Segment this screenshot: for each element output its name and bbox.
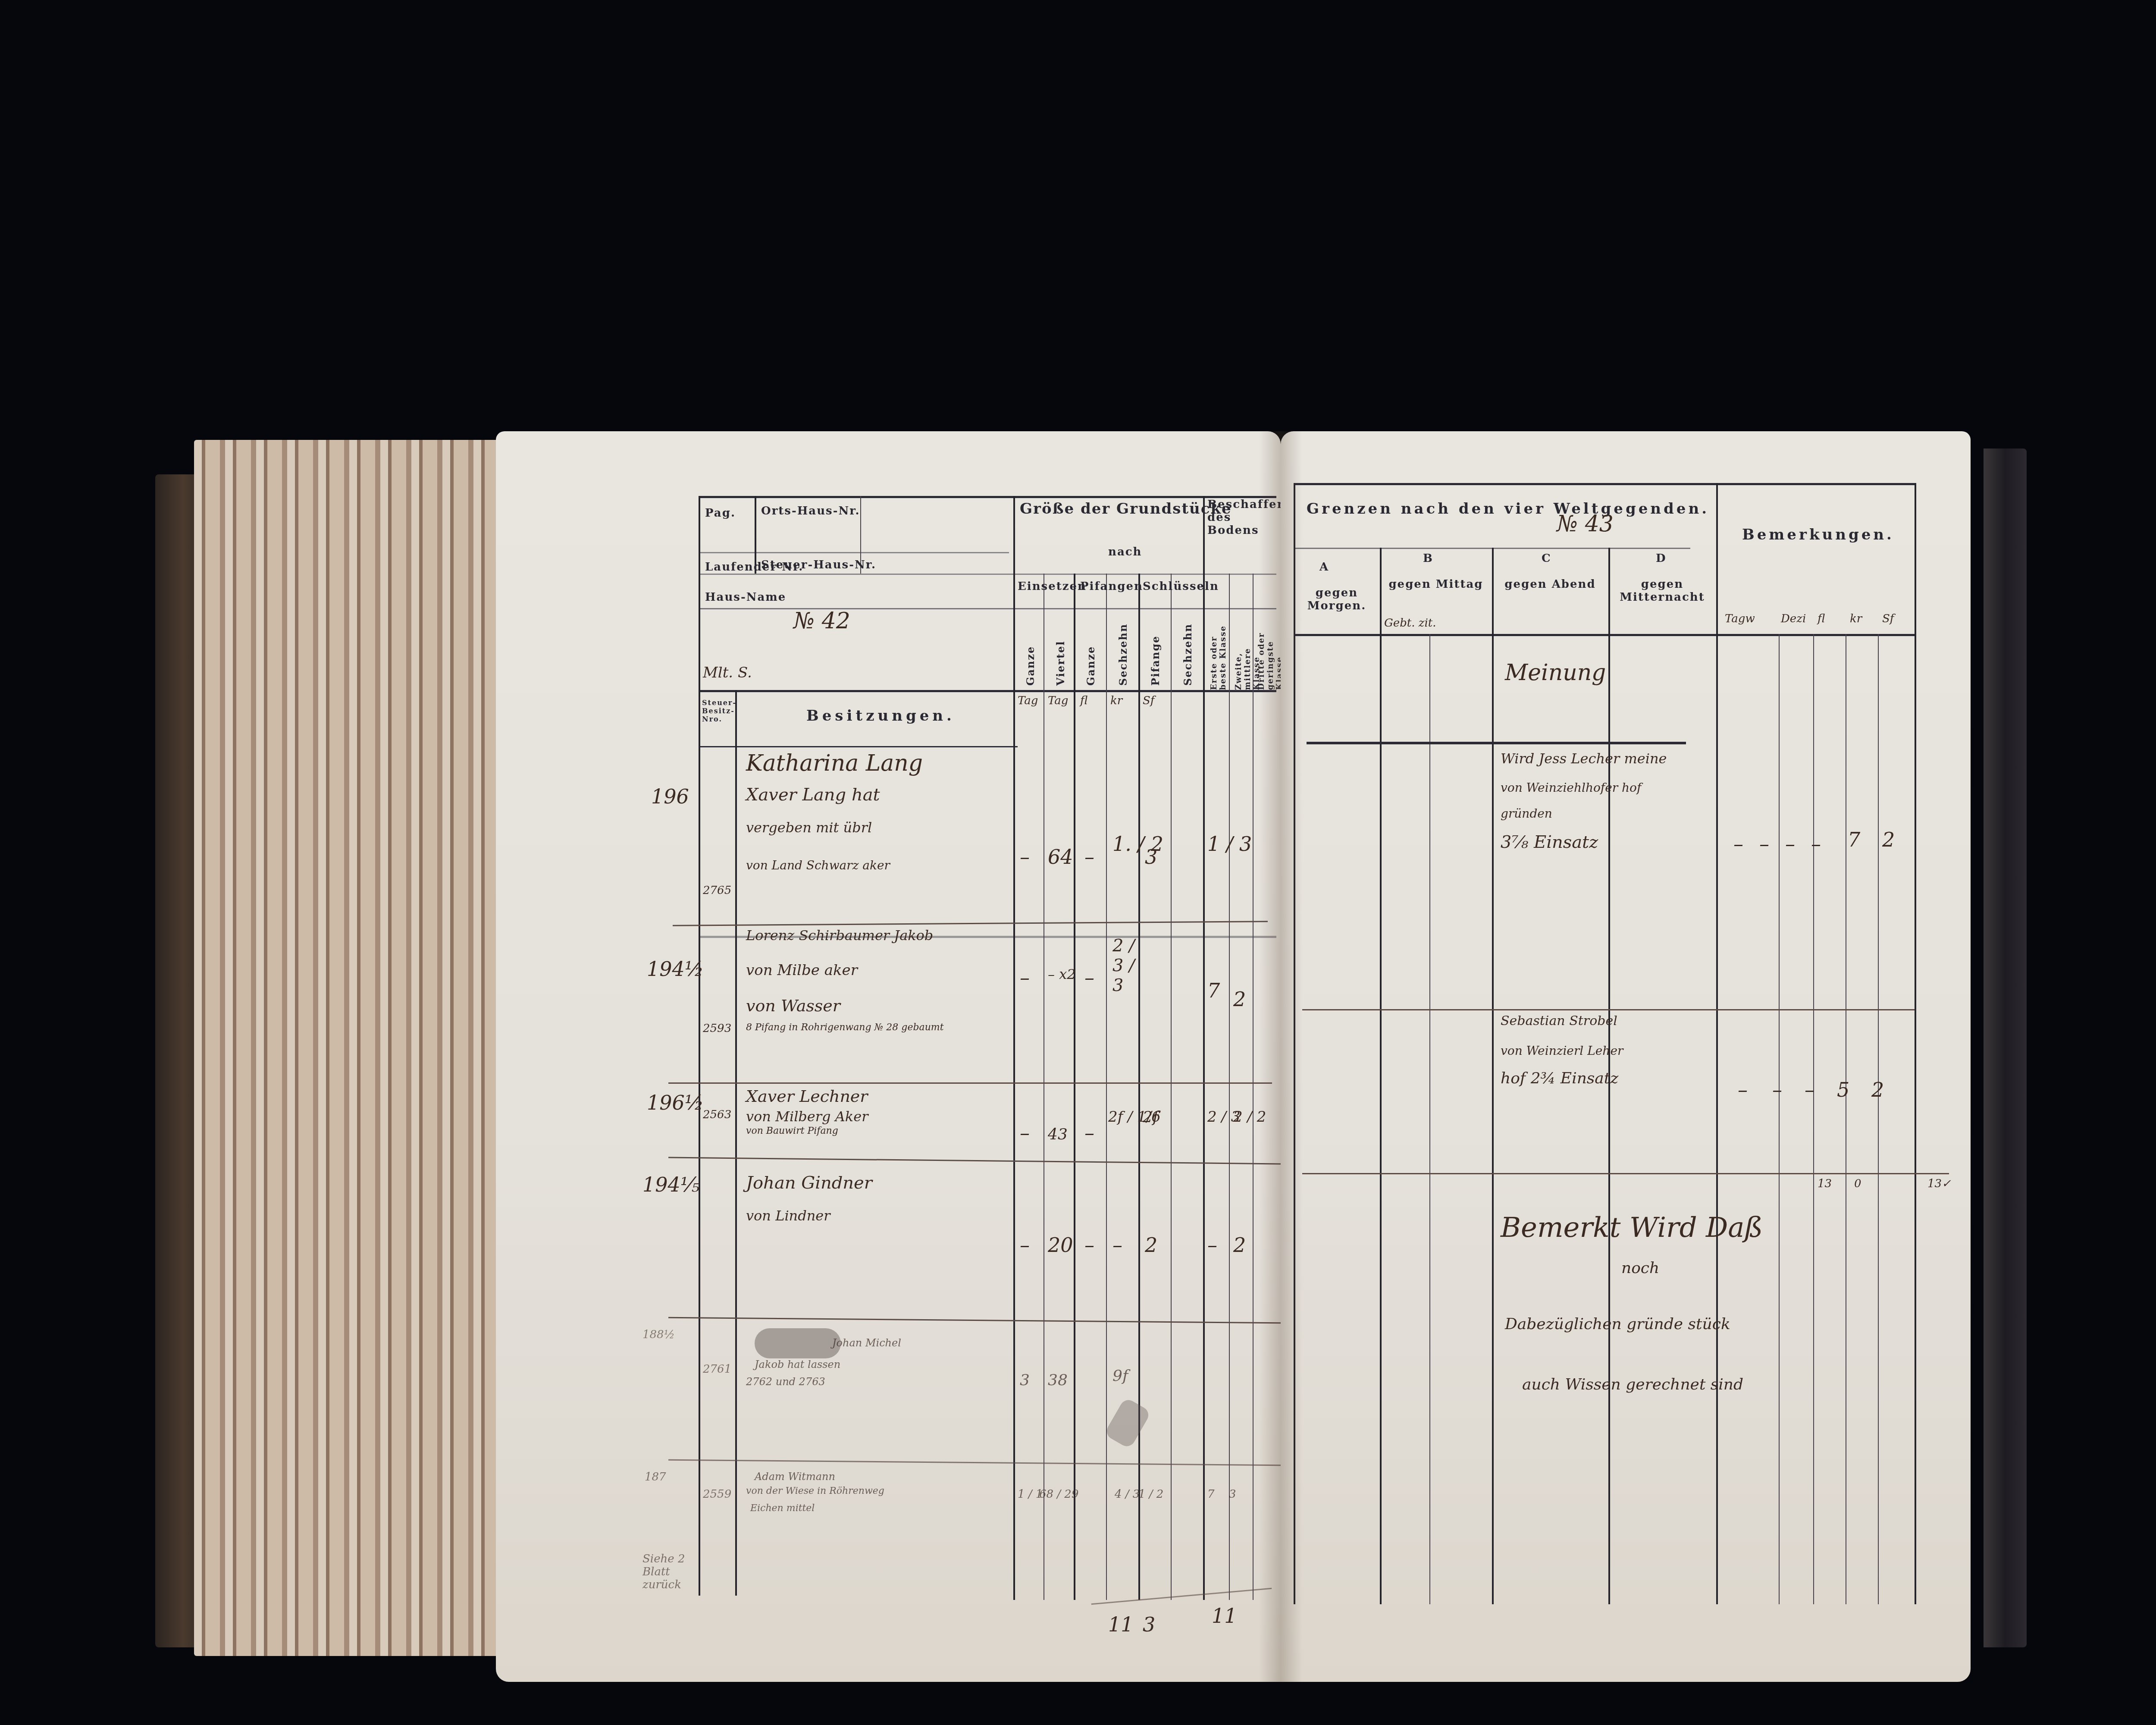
col-rule [1044,574,1044,1600]
sub-col-sechzehn: Sechzehn [1117,621,1129,686]
entry-line: von Milberg Aker [746,1108,868,1125]
value: – [1811,832,1821,856]
unit-tagw: Tagw [1725,612,1755,625]
nach-label: nach [1108,546,1142,558]
value: 7 [1848,828,1860,851]
value: 38 [1048,1371,1068,1389]
direction-letter-d: D [1656,552,1667,565]
unit-fl: fl [1080,694,1087,707]
col-rule [1813,634,1814,1604]
entry-line: von Lindner [746,1207,830,1224]
value: – [1785,832,1795,856]
rule [699,608,1276,609]
right-page: Grenzen nach den vier Weltgegenden. № 43… [1281,431,1971,1682]
value: 2 / 3 / 3 [1112,936,1138,995]
header-top-rule [1294,483,1915,485]
entry-line: 3⅞ Einsatz [1501,832,1598,852]
groesse-title: Größe der Grundstücke [1020,500,1232,517]
unit-kr: kr [1110,694,1122,707]
total-rule [1091,1588,1272,1605]
value: – [1084,845,1094,869]
value: 1 / 2 [1138,1488,1163,1501]
entry-line: Xaver Lang hat [746,785,880,805]
margin-number: 194½ [647,957,704,981]
schluesseln-label: Schlüsseln [1143,580,1219,593]
entry-owner-line: Xaver Lechner [746,1087,868,1106]
entry-line: von der Wiese in Röhrenweg [746,1486,884,1496]
entry-line: von Wasser [746,996,840,1015]
margin-number: 194⅕ [642,1173,699,1196]
direction-letter-c: C [1542,552,1551,565]
value: 2 [1882,828,1895,851]
entry-remark-line: noch [1621,1259,1659,1277]
margin-number: 196½ [647,1091,704,1114]
entry-owner-line: Katharina Lang [746,750,923,776]
steuer-number: 2563 [703,1108,731,1121]
entry-line: 8 Pifang in Rohrigenwang № 28 gebaumt [746,1022,944,1033]
entry-line: von Bauwirt Pifang [746,1126,838,1136]
entry-line: Jakob hat lassen [755,1358,840,1371]
col-rule [1429,634,1430,1604]
value: – [1738,1078,1748,1101]
col-rule [1492,548,1494,1604]
entry-remark-line: Dabezüglichen gründe stück [1505,1315,1730,1333]
value: 4 / 3 [1115,1488,1140,1501]
unit-tag-2: Tag [1048,694,1068,707]
entry-divider [668,1459,1281,1466]
haus-name-label: Haus-Name [705,591,786,604]
value: 3 [1229,1488,1236,1501]
col-rule [1380,548,1382,1604]
mittag-note: Gebt. zit. [1384,617,1436,630]
value: – [1020,1121,1030,1145]
header-bottom-rule [699,690,1276,692]
entry-line: gründen [1501,806,1552,821]
bemerkungen-label: Bemerkungen. [1742,526,1894,543]
entry-divider [1302,1173,1949,1174]
value: – [1733,832,1743,856]
value: – [1020,845,1030,869]
col-rule [1229,574,1230,1600]
value: 2 [1871,1078,1884,1101]
value: – [1020,966,1030,989]
entry-line: 2762 und 2763 [746,1376,825,1388]
col-rule [1779,634,1780,1604]
value: – [1805,1078,1814,1101]
entry-owner-line: Adam Witmann [755,1471,835,1483]
entry-divider [673,921,1268,926]
value: 1 / 3 [1207,832,1252,856]
value: – [1084,1233,1094,1257]
besitzungen-rule [699,746,1018,747]
entry-line: vergeben mit übrl [746,819,872,836]
unit-sf: Sf [1143,694,1154,707]
unit-kr: kr [1850,612,1862,625]
left-page-stack [194,440,526,1656]
entry-owner-line: Sebastian Strobel [1501,1013,1617,1029]
value: 7 [1207,979,1220,1002]
value: – [1759,832,1769,856]
entry-divider [668,1082,1272,1084]
rule [699,552,1009,553]
margin-number: 187 [645,1471,666,1483]
ink-stain [755,1328,841,1358]
unit-fl: fl [1818,612,1825,625]
sub-col-sechzehn-2: Sechzehn [1181,621,1194,686]
col-rule [1013,496,1015,1600]
col-rule [1106,574,1107,1600]
value: – x2 [1048,966,1076,982]
entry-owner-line: Wird Jess Lecher meine [1501,750,1667,767]
col-rule [1171,574,1172,1600]
header-bottom-rule [1294,634,1915,636]
value: 2f [1143,1108,1158,1126]
entry-remark-line: auch Wissen gerechnet sind [1522,1376,1743,1393]
col-rule [1716,483,1718,1604]
col-rule [1074,574,1075,1600]
house-number-42: № 42 [793,608,850,634]
value: 0 [1854,1177,1861,1190]
direction-letter-b: B [1423,552,1433,565]
col-rule [1878,634,1879,1604]
value: – [1020,1233,1030,1257]
direction-label-c: gegen Abend [1496,578,1604,591]
margin-note: Siehe 2 Blatt zurück [642,1552,694,1591]
besitzungen-label: Besitzungen. [806,707,955,724]
entry-line: hof 2¾ Einsatz [1501,1069,1618,1087]
value: 43 [1048,1126,1068,1143]
unit-dezi: Dezi [1781,612,1806,625]
direction-letter-a: A [1319,561,1329,574]
total-value: 11 [1212,1604,1237,1628]
value: – [1084,1121,1094,1145]
steuer-number: 2765 [703,884,731,897]
house-number-43: № 43 [1557,511,1614,537]
value: 68 / 29 [1039,1488,1078,1501]
value: – [1207,1233,1217,1257]
value: 3 [1145,845,1157,869]
steuer-number: 2761 [703,1363,731,1376]
sub-col-pifange: Pifange [1149,621,1162,686]
left-page: Pag. Orts-Haus-Nr. Laufender Nr. Steuer-… [496,431,1281,1682]
entry-line: Eichen mittel [750,1503,815,1514]
col-rule [1915,483,1916,1604]
entry-divider-strikethrough [1307,742,1686,744]
value: 2 [1145,1233,1157,1257]
value: 64 [1048,845,1073,869]
col-rule [699,496,700,1596]
open-ledger-book: Pag. Orts-Haus-Nr. Laufender Nr. Steuer-… [155,431,2027,1699]
rule [699,574,1276,575]
sub-col-ganze: Ganze [1024,621,1037,686]
ink-smudge [1104,1397,1152,1449]
margin-number: 196 [651,785,689,808]
entry-remark-line: Bemerkt Wird Daß [1501,1212,1763,1244]
value: 13✓ [1927,1177,1951,1190]
steuer-besitz-label: Steuer-Besitz-Nro. [702,699,732,723]
entry-line: von Weinzierl Leher [1501,1044,1623,1058]
value: 7 [1207,1488,1215,1501]
direction-label-d: gegen Mitternacht [1613,578,1712,604]
pag-label: Pag. [705,507,736,520]
entry-owner-line: Johan Gindner [746,1173,872,1193]
entry-divider [668,1317,1281,1324]
unit-tag: Tag [1018,694,1038,707]
entry-line: von Milbe aker [746,962,858,979]
entry-line: von Land Schwarz aker [746,858,890,872]
entry-line: von Weinziehlhofer hof [1501,781,1641,795]
col-rule [1846,634,1846,1604]
col-rule [1253,574,1253,1600]
right-cover [1984,448,2027,1647]
pifangen-label: Pifangen [1080,580,1143,593]
value: 2 [1233,1233,1246,1257]
col-rule [1138,574,1140,1600]
unit-sf: Sf [1882,612,1894,625]
einsetzen-label: Einsetzen [1018,580,1087,593]
entry-divider [668,1157,1281,1165]
value: – [1772,1078,1782,1101]
steuer-haus-label: Steuer-Haus-Nr. [761,558,876,571]
boden-col-1: Erste oder beste Klasse [1210,612,1228,690]
direction-label-b: gegen Mittag [1386,578,1485,591]
entry-divider [1302,1009,1915,1010]
value: 13 [1818,1177,1832,1190]
sub-col-viertel: Viertel [1054,621,1067,686]
grenzen-title: Grenzen nach den vier Weltgegenden. [1307,500,1709,517]
direction-label-a: gegen Morgen. [1298,586,1376,612]
book-gutter [1259,431,1302,1682]
steuer-number: 2593 [703,1022,731,1035]
entry-owner-line: Lorenz Schirbaumer Jakob [746,927,933,944]
margin-number: 188½ [642,1328,675,1341]
value: 20 [1048,1233,1073,1257]
value: 2 [1233,988,1246,1011]
value: – [1084,966,1094,989]
entry-owner-line: Johan Michel [832,1337,901,1349]
handwritten-note: Mlt. S. [703,664,752,681]
value: – [1112,1233,1122,1257]
steuer-number: 2559 [703,1488,731,1501]
header-top-rule [699,496,1276,498]
total-value: 3 [1143,1613,1155,1636]
orts-haus-label: Orts-Haus-Nr. [761,505,860,517]
total-value: 11 [1108,1613,1134,1636]
entry-owner-line: Meinung [1505,660,1606,686]
value: 5 [1837,1078,1849,1101]
value: 3 [1020,1371,1030,1389]
sub-col-ganze-2: Ganze [1084,621,1097,686]
value: 9f [1112,1367,1128,1385]
col-rule [1203,496,1205,1600]
